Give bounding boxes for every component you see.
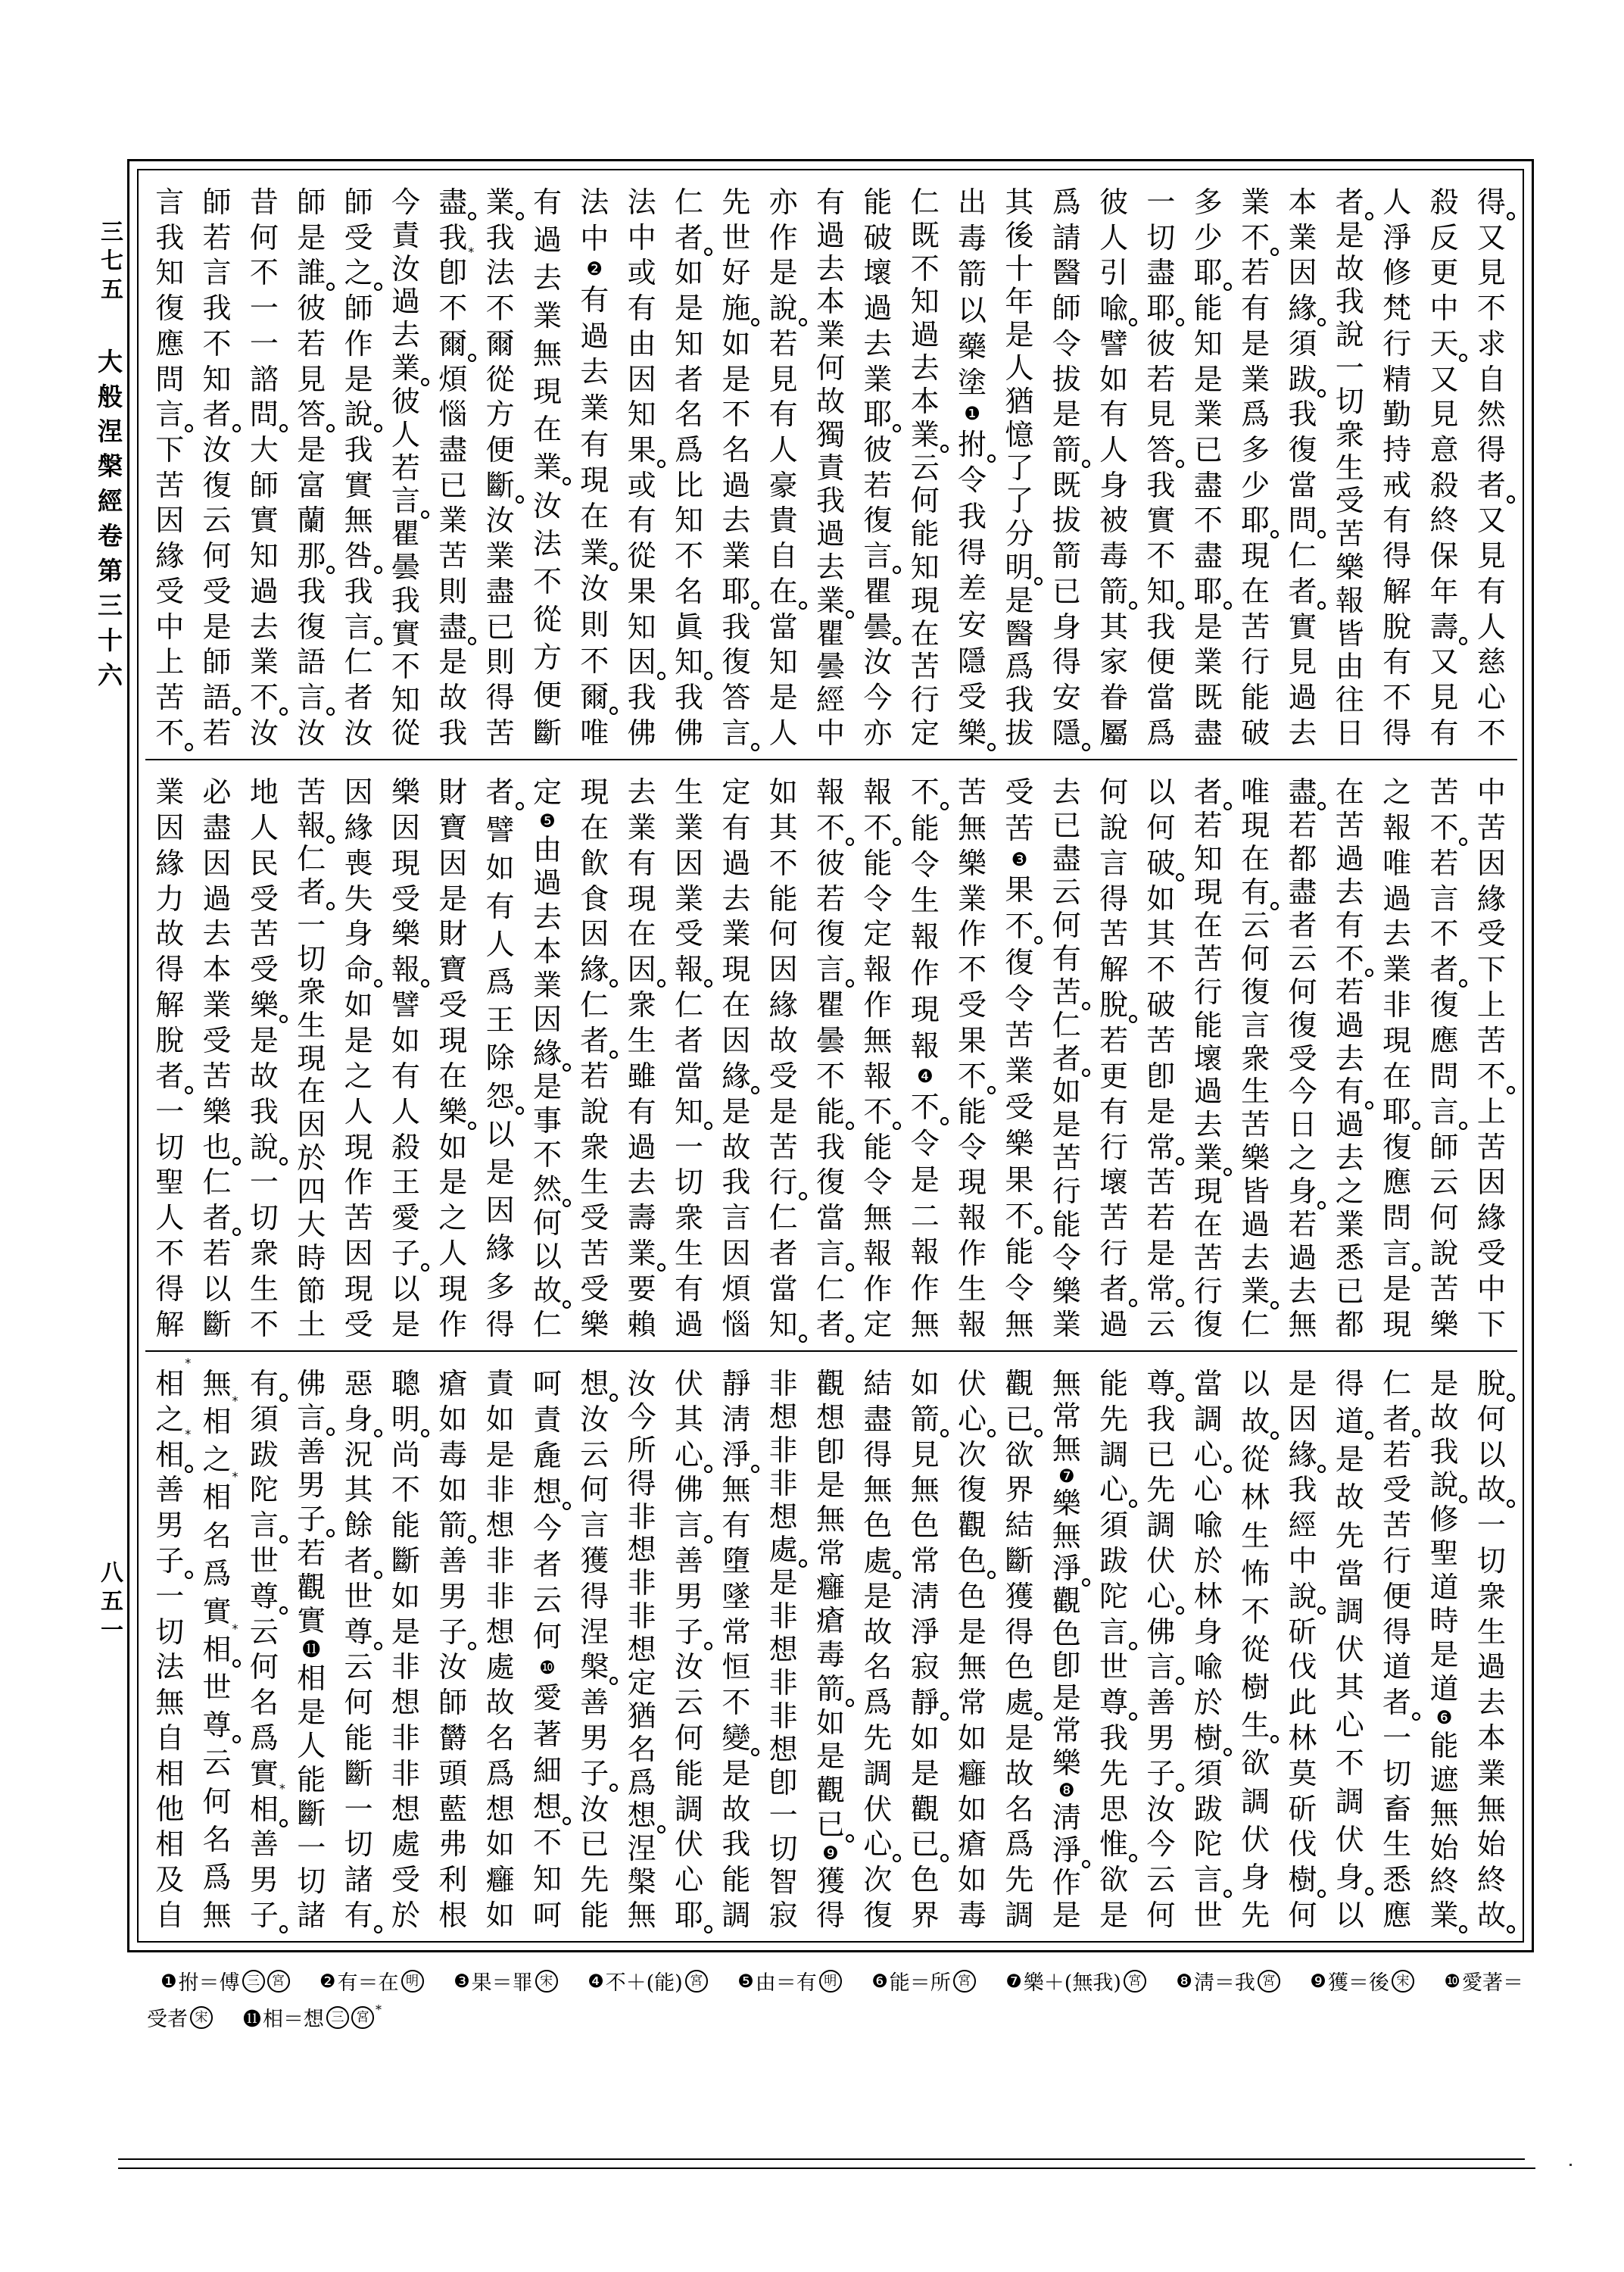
text-column: 無常無❼樂無淨。觀色卽是常樂❽淸淨。作是 xyxy=(1043,1352,1090,1941)
footnote-number: ⓫ xyxy=(243,2004,261,2030)
footnote-item: ❸ 果＝罪 宋 xyxy=(454,1966,558,1996)
text-column: 是因緣。我經中說。斫伐此林莫斫伐樹。何 xyxy=(1279,1352,1326,1941)
text-column: 有過去本業何故獨責我過去業。瞿曇經中 xyxy=(807,170,854,759)
footnote-item: ❷ 有＝在 明 xyxy=(320,1966,424,1996)
footnote-number: ❹ xyxy=(588,1971,604,1992)
edition-mark: 宋 xyxy=(535,1970,558,1993)
asterisk-mark: * xyxy=(376,2002,382,2017)
text-column: 業不。若有是業爲多少耶。現在苦行能破 xyxy=(1232,170,1279,759)
text-column: 者。是故我說一切衆生受苦樂報皆由往日 xyxy=(1326,170,1373,759)
edition-mark: 宮 xyxy=(953,1970,976,1993)
text-column: 師若言我不知者。汝復云何受是師語。若 xyxy=(193,170,240,759)
text-column: 如箭。見無色常淸淨寂靜。如是觀已。色界 xyxy=(902,1352,949,1941)
text-column: 先世好施。如是不名過去業耶。我復答言。 xyxy=(712,170,759,759)
text-column: 仁既不知過去本業。云何能知現在苦行定 xyxy=(902,170,949,759)
text-column: 惡身。況其餘者。世尊。云何能斷一切諸有。 xyxy=(335,1352,382,1941)
edition-mark: 宋 xyxy=(1392,1970,1414,1993)
register-middle: 中苦因緣受下上苦不。上苦因緣受中下 苦不。若言不者。復應問言。師云何說苦樂 之報… xyxy=(139,760,1523,1350)
page-number: 八五一 xyxy=(92,1560,126,1646)
text-column: 因緣喪失身命。如是之人現作苦因現受 xyxy=(335,760,382,1350)
text-column: 盡。我卽*不爾。煩惱盡已業苦則盡。是故我 xyxy=(429,170,476,759)
text-column: 法中或有由因知果。或有從果知因。我佛 xyxy=(618,170,665,759)
text-column: 地人民受苦受樂。是故我說。一切衆生不 xyxy=(241,760,288,1350)
text-column: 本業因緣。須跋。我復當問。仁者。實見過去 xyxy=(1279,170,1326,759)
footnote-number: ❺ xyxy=(737,1971,754,1992)
text-column: 是故我說。修聖道時是道❻能遮無始終業。 xyxy=(1420,1352,1467,1941)
text-column: 現在飮食因緣。仁者。若說衆生受苦受樂 xyxy=(571,760,618,1350)
text-column: 亦作是說。若見有人豪貴自在。當知是人 xyxy=(760,170,807,759)
text-column: 人淨修梵行精勤持戒有得解脫有不得 xyxy=(1373,170,1420,759)
footnote-text: 果＝罪 xyxy=(472,1966,533,1996)
text-column: 報不。彼若復言。瞿曇不能。我復當言。仁者。 xyxy=(807,760,854,1350)
text-column: 苦不。若言不者。復應問言。師云何說苦樂 xyxy=(1420,760,1467,1350)
text-column: 報不。能令定報作無報不。能令無報作定 xyxy=(854,760,901,1350)
footnote-item: ❹ 不＋(能) 宮 xyxy=(588,1966,708,1996)
text-column: 財寶因是財寶受現在樂。如是之人現作 xyxy=(429,760,476,1350)
text-column: 以何破。如其不破苦卽是常。苦若是常。云 xyxy=(1137,760,1184,1350)
text-column: 之報唯過去業非現在耶。復應問言。是現 xyxy=(1373,760,1420,1350)
footnote-text: 由＝有 xyxy=(756,1966,817,1996)
text-column: 能破壞過去業耶。彼若復言。瞿曇。汝今亦 xyxy=(854,170,901,759)
text-column: 得道。是故先當調伏其心不調伏身。以 xyxy=(1326,1352,1373,1941)
text-column: 聰明。尚不能斷如是非想非非想處受於 xyxy=(382,1352,429,1941)
edition-mark: 明 xyxy=(401,1970,424,1993)
text-column: 有。須跋陀言。世尊。云何名爲實相*。善男子。 xyxy=(241,1352,288,1941)
register-lower: 脫。何以故。一切衆生過去本業無始終故。 是故我說。修聖道時是道❻能遮無始終業。 … xyxy=(139,1352,1523,1941)
scan-speck xyxy=(1569,2164,1572,2166)
text-column: 能先調心。須跋陀言。世尊。我先思惟。欲是 xyxy=(1090,1352,1137,1941)
text-column: 樂因現受樂報。譬如有人殺王愛子。以是 xyxy=(382,760,429,1350)
text-column: 佛言。善男子。若觀實⓫相是人能斷一切諸 xyxy=(288,1352,335,1941)
text-column: 在苦過去有不。若過去有。過去之業悉已都 xyxy=(1326,760,1373,1350)
text-column: 生業因業受報。仁者當知。一切衆生有過 xyxy=(665,760,712,1350)
footnote-item: ❽ 淸＝我 宮 xyxy=(1176,1966,1280,1996)
text-column: 一切盡耶。彼若見答。我實不知。我便當爲 xyxy=(1137,170,1184,759)
edition-mark: 宮 xyxy=(1124,1970,1146,1993)
text-column: 言我知復應問言。下苦因緣受中上苦不。 xyxy=(146,170,193,759)
edition-mark: 宮 xyxy=(351,2006,374,2029)
text-column: 以故。從林生怖不從樹生。欲調伏身先 xyxy=(1232,1352,1279,1941)
volume-number: 三七五 xyxy=(92,220,126,306)
edition-mark: 宮 xyxy=(1258,1970,1280,1993)
text-column: 責如是非想非非想處故名爲想如癰如 xyxy=(476,1352,523,1941)
text-column: 靜淸淨。無有墮墜常恒不變。是故我能調 xyxy=(712,1352,759,1941)
text-column: 業。我法不爾從方便斷。汝業盡已則得苦 xyxy=(476,170,523,759)
text-column: 脫。何以故。一切衆生過去本業無始終故。 xyxy=(1468,1352,1515,1941)
text-column: 如其不能何因緣故受是苦行。仁者當知。 xyxy=(760,760,807,1350)
text-column: 殺反更中天。又見意殺終保年壽。又見有 xyxy=(1420,170,1467,759)
text-column: 不。能令生報作現報❹不。令是二報作無 xyxy=(902,760,949,1350)
footnote-text: 樂＋(無我) xyxy=(1024,1966,1121,1996)
bottom-rule xyxy=(118,2158,1525,2160)
footnote-item: ❻ 能＝所 宮 xyxy=(871,1966,976,1996)
text-column: 彼人引喩。譬如有人身被毒箭。其家眷屬 xyxy=(1090,170,1137,759)
text-column: 定有過去業現在因緣。是故我言因煩惱 xyxy=(712,760,759,1350)
text-column: 定❺由過去本業因緣。是事不然。何以故。仁 xyxy=(524,760,571,1350)
text-column: 伏其心。佛言。善男子。汝云何能調伏心耶。 xyxy=(665,1352,712,1941)
text-column: 相*之相*。善男子。一切法無自相他相及自 xyxy=(146,1352,193,1941)
text-column: 法中❷有過去業有現在業。汝則不爾。唯 xyxy=(571,170,618,759)
text-column: 其後十年是人猶憶了了分明。是醫爲我拔 xyxy=(996,170,1043,759)
edition-mark: 明 xyxy=(819,1970,842,1993)
text-column: 者。若知現在苦行能壞過去業。現在苦行復 xyxy=(1185,760,1232,1350)
footnotes-row: 受者 宋 ⓫ 相＝想 三 宮 * xyxy=(145,2002,382,2032)
text-column: 師受之。師作是說。我實無咎。我言。仁者汝 xyxy=(335,170,382,759)
footnote-text: 拊＝傅 xyxy=(179,1966,240,1996)
footnote-item: ❶ 拊＝傅 三 宮 xyxy=(161,1966,290,1996)
footnote-text: 能＝所 xyxy=(890,1966,951,1996)
footnote-text: 愛著＝ xyxy=(1462,1966,1523,1996)
edition-mark: 三 xyxy=(326,2006,349,2029)
edition-mark: 宋 xyxy=(190,2006,213,2029)
text-column: 盡。若都盡者云何復受今日之身。若過去無 xyxy=(1279,760,1326,1350)
footnote-number: ❽ xyxy=(1176,1971,1192,1992)
text-column: 去已盡云何有苦。仁者。如是苦行能令樂業 xyxy=(1043,760,1090,1350)
text-column: 想。汝云何言獲得涅槃。善男子。汝已先能 xyxy=(571,1352,618,1941)
footnote-item: ❺ 由＝有 明 xyxy=(737,1966,842,1996)
footnote-text: 受者 xyxy=(147,2002,188,2032)
footnote-item: ⓫ 相＝想 三 宮 * xyxy=(243,2002,382,2032)
text-column: 有過去業無現在業。汝法不從方便斷 xyxy=(524,170,571,759)
bottom-rule xyxy=(118,2167,1535,2169)
text-column: 何說言得苦解脫。若更有行壞苦行者。過 xyxy=(1090,760,1137,1350)
footnote-number: ❸ xyxy=(454,1971,470,1992)
text-column: 仁者。若受苦行便得道者。一切畜生悉應 xyxy=(1373,1352,1420,1941)
text-column: 多少耶。能知是業已盡不盡耶。是業既盡 xyxy=(1185,170,1232,759)
footnote-item: 受者 宋 xyxy=(145,2002,213,2032)
text-column: 觀想卽是無常癰瘡毒箭。如是觀已。❾獲得 xyxy=(807,1352,854,1941)
footnote-text: 淸＝我 xyxy=(1194,1966,1255,1996)
footnote-item: ❼ 樂＋(無我) 宮 xyxy=(1005,1966,1146,1996)
footnote-text: 獲＝後 xyxy=(1328,1966,1389,1996)
text-column: 無相*之相*名爲實相*。世尊。云何名爲無 xyxy=(193,1352,240,1941)
text-column: 呵責麁想。今者云何❿愛著細想。不知呵 xyxy=(524,1352,571,1941)
edition-mark: 三 xyxy=(242,1970,265,1993)
footnote-number: ❾ xyxy=(1310,1971,1326,1992)
text-column: 非想非非想處。是非想非非想卽一切智寂 xyxy=(760,1352,807,1941)
text-column: 尊。我已先調伏心。佛言。善男子。汝今云何 xyxy=(1137,1352,1184,1941)
text-column: 得。又見不求自然得者。又見有人慈心不 xyxy=(1468,170,1515,759)
text-column: 苦報。仁者。一切衆生現在因於四大時節土 xyxy=(288,760,335,1350)
footnote-text: 有＝在 xyxy=(338,1966,399,1996)
text-column: 瘡如毒如箭。善男子。汝師欝頭藍弗利根 xyxy=(429,1352,476,1941)
footnote-number: ❼ xyxy=(1005,1971,1022,1992)
text-column: 受苦❸果不。復令苦業受樂果不。能令無 xyxy=(996,760,1043,1350)
text-column: 結盡得無色處。是故名爲先調伏心。次復 xyxy=(854,1352,901,1941)
text-column: 觀已。欲界結斷獲得色處。是故名爲先調 xyxy=(996,1352,1043,1941)
text-column: 業因緣力故得解脫者。一切聖人不得解 xyxy=(146,760,193,1350)
text-column: 唯現在有。云何復言衆生苦樂皆過去業。仁 xyxy=(1232,760,1279,1350)
text-column: 師是誰。彼若見答。是富蘭那。我復語言。汝 xyxy=(288,170,335,759)
footnote-number: ❶ xyxy=(161,1971,177,1992)
edition-mark: 宮 xyxy=(267,1970,290,1993)
sutra-title: 大般涅槃經卷第三十六 xyxy=(91,348,126,697)
text-column: 今責汝過去業。彼人若言。瞿曇我實不知從 xyxy=(382,170,429,759)
text-column: 仁者。如是知者名爲比知不名眞知。我佛 xyxy=(665,170,712,759)
footnote-text: 相＝想 xyxy=(263,2002,324,2032)
text-column: 爲請醫師令拔是箭。既拔箭已身得安隱。 xyxy=(1043,170,1090,759)
edition-mark: 宮 xyxy=(685,1970,708,1993)
register-upper: 得。又見不求自然得者。又見有人慈心不 殺反更中天。又見意殺終保年壽。又見有 人淨… xyxy=(139,170,1523,759)
text-column: 者。譬如有人爲王除怨。以是因緣多得 xyxy=(476,760,523,1350)
text-column: 苦無樂業作不受果不。能令現報作生報 xyxy=(949,760,996,1350)
footnote-text: 不＋(能) xyxy=(606,1966,683,1996)
text-column: 當調心。心喩於林身喩於樹。須跋陀言。世 xyxy=(1185,1352,1232,1941)
footnote-item: ❿ 愛著＝ xyxy=(1444,1966,1523,1996)
text-column: 中苦因緣受下上苦不。上苦因緣受中下 xyxy=(1468,760,1515,1350)
text-column: 昔何不一一諮問。大師實知過去業不。汝 xyxy=(241,170,288,759)
footnote-number: ❿ xyxy=(1444,1971,1460,1992)
text-column: 伏心。次復觀色。色是無常如癰如瘡如毒 xyxy=(949,1352,996,1941)
text-column: 出毒箭以藥塗❶拊。令我得差安隱受樂。 xyxy=(949,170,996,759)
footnotes-row: ❶ 拊＝傅 三 宮 ❷ 有＝在 明 ❸ 果＝罪 宋 ❹ 不＋(能) 宮 ❺ 由＝… xyxy=(161,1966,1523,1996)
footnote-item: ❾ 獲＝後 宋 xyxy=(1310,1966,1414,1996)
text-column: 汝今所得非想非非想定猶名爲想。涅槃無 xyxy=(618,1352,665,1941)
footnote-number: ❻ xyxy=(871,1971,888,1992)
text-column: 必盡因過去本業受苦樂也。仁者。若以斷 xyxy=(193,760,240,1350)
footnote-number: ❷ xyxy=(320,1971,336,1992)
text-column: 去業有現在因。衆生雖有過去壽業。要賴 xyxy=(618,760,665,1350)
